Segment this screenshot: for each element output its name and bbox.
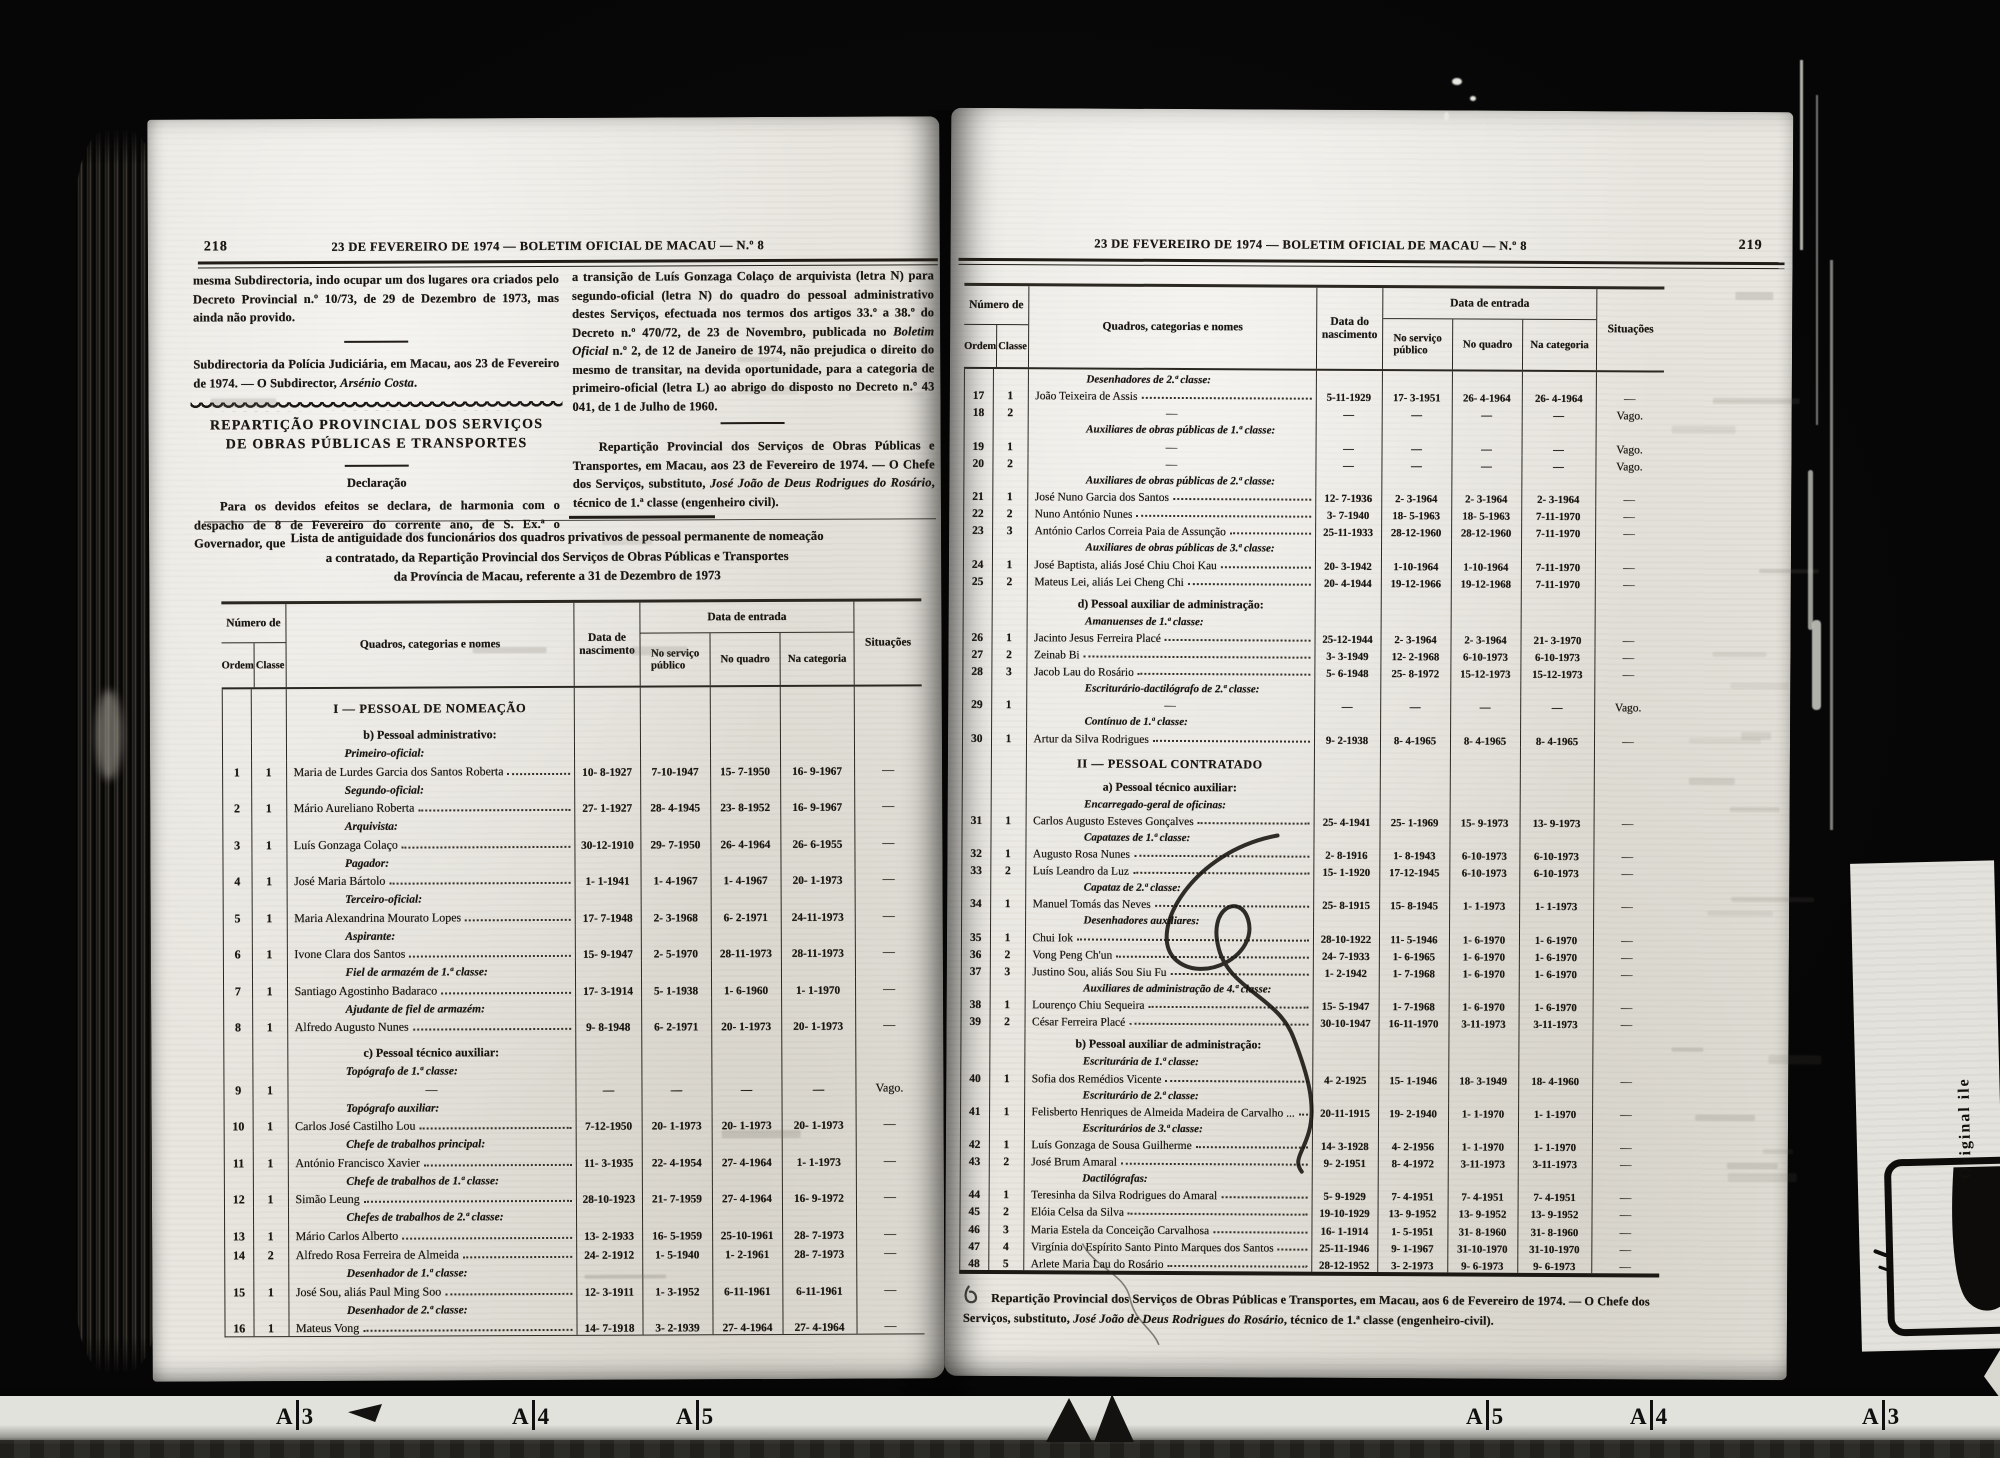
cell-date: 28- 4-1945 xyxy=(641,795,711,815)
cell-date: 9- 6-1973 xyxy=(1518,1256,1592,1274)
cell-ordem: 10 xyxy=(225,1115,254,1135)
cell-date: 17- 3-1951 xyxy=(1382,387,1452,405)
dotted-leader xyxy=(1173,498,1311,501)
header-servico: No serviçopúblico xyxy=(1383,319,1453,369)
marker-letter: A xyxy=(1466,1405,1483,1428)
cell-date: 19-12-1966 xyxy=(1381,573,1451,591)
header-quadro: No quadro xyxy=(1453,319,1523,369)
cell-date: 9- 1-1967 xyxy=(1378,1238,1448,1256)
cell-name: José Sou, aliás Paul Ming Soo xyxy=(289,1284,441,1300)
cell-classe: 4 xyxy=(989,1236,1024,1253)
cell-date: 16- 1-1914 xyxy=(1312,1220,1378,1238)
marker-letter: A xyxy=(1862,1405,1879,1428)
cell-situacao: — xyxy=(856,1013,923,1033)
cell-classe: 1 xyxy=(252,833,287,853)
cell-date: 13- 9-1973 xyxy=(1520,812,1594,830)
role-label: Escriturários de 3.ª classe: xyxy=(1024,1118,1312,1136)
cell-name: Maria Alexandrina Mourato Lopes xyxy=(287,910,461,926)
film-scratch xyxy=(1808,470,1813,630)
cell-situacao: — xyxy=(855,903,922,923)
role-label: Topógrafo auxiliar: xyxy=(288,1096,576,1114)
cell-date: 17- 7-1948 xyxy=(575,905,641,925)
cell-date: — xyxy=(1316,437,1382,455)
cell-date: 6-10-1973 xyxy=(1450,862,1520,880)
cell-ordem: 31 xyxy=(963,809,992,826)
cell-ordem: 3 xyxy=(223,833,252,853)
cell-situacao: — xyxy=(1596,489,1663,507)
cell-situacao: — xyxy=(856,1185,923,1205)
cell-date: 10- 8-1927 xyxy=(575,759,641,779)
cell-situacao: — xyxy=(1592,1239,1659,1257)
cell-date: 31-10-1970 xyxy=(1448,1238,1518,1256)
cell-situacao: — xyxy=(1594,846,1661,864)
role-label: Fiel de armazém de 1.ª classe: xyxy=(287,961,575,979)
header-nascimento: Data do nascimento xyxy=(1317,288,1383,369)
cell-ordem: 24 xyxy=(964,553,993,570)
cell-ordem: 48 xyxy=(960,1253,989,1270)
cell-classe: 2 xyxy=(989,1201,1024,1218)
cell-date: 13- 9-1952 xyxy=(1448,1204,1518,1222)
dotted-leader xyxy=(1141,397,1311,400)
cell-date: 8- 4-1972 xyxy=(1378,1153,1448,1171)
frame-marker-a3-right: A 3 xyxy=(1862,1400,1899,1428)
cell-name: Mário Carlos Alberto xyxy=(289,1228,399,1243)
role-label: Escriturário-dactilógrafo de 2.ª classe: xyxy=(1027,678,1315,696)
section-label: b) Pessoal auxiliar de administração: xyxy=(1025,1029,1313,1054)
cell-date: 2- 3-1968 xyxy=(641,904,711,924)
cell-date: 8- 4-1965 xyxy=(1450,730,1520,748)
cell-date: 3-11-1973 xyxy=(1448,1153,1518,1171)
cell-date: 2- 3-1964 xyxy=(1381,629,1451,647)
dotted-leader xyxy=(1230,533,1311,535)
cell-name: Mateus Vong xyxy=(289,1321,359,1336)
cell-name: Vong Peng Ch'un xyxy=(1025,949,1112,961)
cell-classe: 1 xyxy=(253,1188,288,1208)
cell-date: 2- 5-1970 xyxy=(641,941,711,961)
cell-ordem: 11 xyxy=(225,1151,254,1171)
cell-date: 15- 8-1945 xyxy=(1380,895,1450,913)
cell-date: 3- 2-1939 xyxy=(643,1315,713,1335)
table-header: Número de Ordem Classe Quadros, categori… xyxy=(964,283,1664,373)
cell-classe: 1 xyxy=(252,760,287,780)
cell-ordem: 1 xyxy=(223,760,252,780)
cell-date: 16- 9-1967 xyxy=(781,794,855,814)
cell-situacao: — xyxy=(1593,930,1660,948)
cell-date: 7-11-1970 xyxy=(1521,556,1595,574)
role-label: Auxiliares de obras públicas de 1.ª clas… xyxy=(1028,420,1316,438)
cell-situacao: — xyxy=(1593,1070,1660,1088)
cell-date: 19-12-1968 xyxy=(1451,573,1521,591)
cell-situacao: — xyxy=(1595,630,1662,648)
cell-date: 1-10-1964 xyxy=(1381,555,1451,573)
marker-tick xyxy=(696,1400,699,1430)
cell-date: 9- 6-1973 xyxy=(1448,1255,1518,1273)
marker-digit: 5 xyxy=(702,1405,714,1428)
bleedthrough-mark xyxy=(1727,1163,1777,1169)
cell-date: 15- 9-1973 xyxy=(1450,812,1520,830)
cell-date: 30-10-1947 xyxy=(1313,1013,1379,1031)
seniority-table-right: Número de Ordem Classe Quadros, categori… xyxy=(959,283,1664,1278)
cell-situacao: — xyxy=(1592,1204,1659,1222)
cell-date: 19-10-1929 xyxy=(1312,1203,1378,1221)
cell-date: 18- 5-1963 xyxy=(1452,505,1522,523)
cell-vacant: — xyxy=(1028,453,1316,472)
cell-date: 28-10-1923 xyxy=(576,1186,642,1206)
film-scratch xyxy=(1830,260,1833,830)
role-label: Chefe de trabalhos principal: xyxy=(288,1133,576,1151)
dotted-leader xyxy=(402,1236,571,1239)
column-header-numero: Número de Ordem Classe xyxy=(964,286,1029,367)
cell-date: 1- 6-1960 xyxy=(711,977,781,997)
dotted-leader xyxy=(1149,1006,1309,1009)
cell-date: 25- 8-1972 xyxy=(1381,663,1451,681)
marker-letter: A xyxy=(276,1405,293,1428)
cell-date: 1- 6-1965 xyxy=(1379,946,1449,964)
cell-date: 27- 4-1964 xyxy=(712,1185,782,1205)
cell-date: 24- 2-1912 xyxy=(577,1242,643,1262)
cell-situacao: — xyxy=(856,1112,923,1132)
cell-date: 16- 9-1967 xyxy=(781,758,855,778)
cell-date: 1- 2-1942 xyxy=(1313,962,1379,980)
cell-date: 2- 3-1964 xyxy=(1522,489,1596,507)
role-label: Capatazes de 1.ª classe: xyxy=(1026,827,1314,845)
cell-situacao: — xyxy=(857,1277,924,1297)
section-label: c) Pessoal técnico auxiliar: xyxy=(288,1034,576,1061)
cell-date: 6-10-1973 xyxy=(1451,646,1521,664)
cell-date: 20- 1-1973 xyxy=(781,867,855,887)
cell-classe: 1 xyxy=(992,553,1027,570)
cell-name: Carlos Augusto Esteves Gonçalves xyxy=(1026,815,1194,828)
cell-ordem: 8 xyxy=(224,1016,253,1036)
bleedthrough-mark xyxy=(1730,683,1788,688)
cell-classe: 1 xyxy=(254,1224,289,1244)
role-label: Chefe de trabalhos de 1.ª classe: xyxy=(288,1169,576,1187)
marker-letter: A xyxy=(1630,1405,1647,1428)
dotted-leader xyxy=(1133,872,1309,875)
bleedthrough-mark xyxy=(1735,292,1773,300)
cell-date: 15- 1-1920 xyxy=(1314,862,1380,880)
cell-name: Justino Sou, aliás Sou Siu Fu xyxy=(1025,966,1166,979)
cell-classe: 1 xyxy=(992,694,1027,711)
cell-date: 18- 5-1963 xyxy=(1382,505,1452,523)
dotted-leader xyxy=(1170,973,1308,976)
cell-date: 5- 1-1938 xyxy=(641,977,711,997)
cell-date: 20- 3-1942 xyxy=(1315,555,1381,573)
header-nascimento-l2: nascimento xyxy=(1322,328,1378,340)
cell-date: — xyxy=(1521,697,1595,715)
role-label: Desenhadores auxiliares: xyxy=(1026,911,1314,929)
table-body: I — PESSOAL DE NOMEAÇÃOb) Pessoal admini… xyxy=(222,686,925,1337)
cell-situacao: — xyxy=(1592,1137,1659,1155)
cell-date: 15- 7-1950 xyxy=(711,758,781,778)
cell-classe: 3 xyxy=(993,520,1028,537)
cell-classe: 1 xyxy=(254,1280,289,1300)
department-heading-line2: DE OBRAS PÚBLICAS E TRANSPORTES xyxy=(194,434,560,455)
cell-date: — xyxy=(1382,455,1452,473)
cell-date: — xyxy=(1522,455,1596,473)
cell-date: 8- 4-1965 xyxy=(1380,729,1450,747)
cell-situacao: — xyxy=(1594,813,1661,831)
cell-name: Mário Aureliano Roberta xyxy=(287,801,415,817)
role-label: Desenhador de 2.ª classe: xyxy=(289,1298,577,1316)
cell-date: 28- 7-1973 xyxy=(783,1241,857,1261)
dotted-leader xyxy=(508,772,570,774)
cell-date: 7-11-1970 xyxy=(1522,523,1596,541)
cell-date: 4- 2-1956 xyxy=(1378,1136,1448,1154)
cell-date: 7- 4-1951 xyxy=(1448,1186,1518,1204)
dotted-leader xyxy=(389,882,570,885)
cell-name: Sofia dos Remédios Vicente xyxy=(1025,1073,1162,1086)
cell-date: 15- 1-1946 xyxy=(1379,1069,1449,1087)
cell-date: 12- 7-1936 xyxy=(1316,487,1382,505)
cell-date: 1- 1-1941 xyxy=(575,868,641,888)
cell-name: Chui Iok xyxy=(1025,932,1073,944)
cell-date: — xyxy=(1452,405,1522,423)
cell-ordem: 7 xyxy=(224,979,253,999)
cell-date: 1- 6-1970 xyxy=(1519,929,1593,947)
dotted-leader xyxy=(1213,1231,1307,1233)
cell-ordem: 42 xyxy=(961,1134,990,1151)
cell-situacao: — xyxy=(1595,574,1662,592)
cell-date: 1- 6-1970 xyxy=(1519,997,1593,1015)
frame-marker-a4-right: A 4 xyxy=(1630,1400,1667,1428)
cell-ordem: 5 xyxy=(224,906,253,926)
cell-date: 31- 8-1960 xyxy=(1518,1221,1592,1239)
left-page: 218 23 DE FEVEREIRO DE 1974 — BOLETIM OF… xyxy=(147,116,944,1381)
cell-date: 3-11-1973 xyxy=(1449,1014,1519,1032)
divider-rule-short xyxy=(569,515,715,518)
cell-classe: 1 xyxy=(252,797,287,817)
cell-date: 7- 4-1951 xyxy=(1378,1186,1448,1204)
cell-date: 24-11-1973 xyxy=(781,904,855,924)
cell-name: Elóia Celsa da Silva xyxy=(1024,1207,1124,1220)
marker-tick xyxy=(1486,1400,1489,1430)
cell-ordem: 19 xyxy=(965,435,994,452)
cell-name: António Carlos Correia Paia de Assunção xyxy=(1028,526,1226,539)
role-label: Auxiliares de obras públicas de 2.ª clas… xyxy=(1028,470,1316,488)
cell-ordem: 6 xyxy=(224,943,253,963)
cell-situacao: — xyxy=(1596,523,1663,541)
cell-classe: 1 xyxy=(253,1115,288,1135)
cell-ordem: 13 xyxy=(225,1224,254,1244)
cell-date: 1- 2-1961 xyxy=(713,1241,783,1261)
header-categoria: Na categoria xyxy=(1523,320,1596,370)
cell-date: 2- 3-1964 xyxy=(1451,629,1521,647)
cell-ordem: 17 xyxy=(965,385,994,402)
cell-ordem: 35 xyxy=(962,926,991,943)
paragraph: Subdirectoria da Polícia Judiciária, em … xyxy=(193,354,559,393)
cell-date: 17-12-1945 xyxy=(1380,862,1450,880)
dotted-leader xyxy=(364,1200,572,1203)
header-quadros: Quadros, categorias e nomes xyxy=(1029,286,1317,369)
cell-date: — xyxy=(1382,437,1452,455)
cell-date: 27- 4-1964 xyxy=(783,1314,857,1334)
header-nascimento: Data de nascimento xyxy=(574,603,640,686)
table-row: c) Pessoal técnico auxiliar: xyxy=(224,1032,923,1061)
dotted-leader xyxy=(413,1028,571,1031)
cell-date: 28-10-1922 xyxy=(1313,928,1379,946)
dotted-leader xyxy=(441,991,570,994)
dotted-leader xyxy=(363,1329,572,1332)
cell-date: 2- 8-1916 xyxy=(1314,845,1380,863)
cell-name: Manuel Tomás das Neves xyxy=(1026,899,1151,912)
cell-ordem: 34 xyxy=(962,893,991,910)
cell-situacao: — xyxy=(1592,1256,1659,1274)
role-label: Chefes de trabalhos de 2.ª classe: xyxy=(288,1206,576,1224)
table-row: 485Arlete Maria Lau do Rosário28-12-1952… xyxy=(960,1253,1659,1274)
declaration-title: Declaração xyxy=(194,475,560,492)
cell-date: 9- 8-1948 xyxy=(576,1014,642,1034)
bleedthrough-mark xyxy=(1713,398,1800,404)
cell-date: 6- 2-1971 xyxy=(642,1014,712,1034)
cell-date: 13- 9-1952 xyxy=(1378,1203,1448,1221)
cell-date: 18- 4-1960 xyxy=(1519,1070,1593,1088)
dotted-leader xyxy=(1165,639,1310,642)
role-label: Auxiliares de obras públicas de 3.ª clas… xyxy=(1027,538,1315,556)
cell-situacao: Vago. xyxy=(1596,405,1663,423)
cell-name: José Baptista, aliás José Chiu Choi Kau xyxy=(1027,559,1216,572)
book-edge-highlight xyxy=(96,690,122,780)
cell-date: 1- 1-1970 xyxy=(1448,1136,1518,1154)
cell-name: Luís Gonzaga Colaço xyxy=(287,837,398,852)
cell-classe: 1 xyxy=(991,727,1026,744)
cell-classe: 3 xyxy=(992,661,1027,678)
cell-classe: 1 xyxy=(989,1134,1024,1151)
role-label: Arquivista: xyxy=(287,815,575,833)
cell-date: 1- 4-1967 xyxy=(711,867,781,887)
cell-situacao: Vago. xyxy=(856,1075,923,1095)
cell-date: 20- 1-1973 xyxy=(712,1112,782,1132)
cell-date: 7-11-1970 xyxy=(1521,573,1595,591)
section-label: a) Pessoal técnico auxiliar: xyxy=(1026,771,1314,796)
table-row: I — PESSOAL DE NOMEAÇÃO xyxy=(223,686,922,717)
cell-situacao: — xyxy=(855,940,922,960)
cell-date: 25-10-1961 xyxy=(713,1222,783,1242)
dotted-leader xyxy=(1188,583,1311,586)
role-label: Amanuenses de 1.ª classe: xyxy=(1027,611,1315,629)
column-header-numero: Número de Ordem Classe xyxy=(221,604,286,687)
cell-ordem: 15 xyxy=(225,1280,254,1300)
bleedthrough-mark xyxy=(1689,738,1761,744)
paragraph: mesma Subdirectoria, indo ocupar um dos … xyxy=(193,270,559,327)
cell-date: 7-10-1947 xyxy=(641,758,711,778)
cell-date: 25- 1-1969 xyxy=(1380,812,1450,830)
header-ordem: Ordem xyxy=(964,325,997,367)
dotted-leader xyxy=(463,1256,572,1258)
cell-date: 30-12-1910 xyxy=(575,832,641,852)
cell-date: 24- 7-1933 xyxy=(1313,945,1379,963)
cell-situacao: Vago. xyxy=(1596,439,1663,457)
bleedthrough-mark xyxy=(1689,777,1735,785)
cell-date: 9- 2-1951 xyxy=(1312,1153,1378,1171)
dotted-leader xyxy=(1168,1265,1307,1268)
marker-digit: 4 xyxy=(1656,1405,1668,1428)
cell-name: Simão Leung xyxy=(288,1192,359,1207)
marker-digit: 3 xyxy=(302,1405,314,1428)
header-rule xyxy=(959,258,1785,269)
cell-date: 25-12-1944 xyxy=(1315,628,1381,646)
cell-date: 20-11-1915 xyxy=(1313,1102,1379,1120)
cell-date: 15- 5-1947 xyxy=(1313,996,1379,1014)
cell-date: — xyxy=(576,1077,642,1097)
cell-date: 6-10-1973 xyxy=(1521,647,1595,665)
cell-date: 6-11-1961 xyxy=(783,1278,857,1298)
cell-date: 26- 6-1955 xyxy=(781,831,855,851)
cell-date: 1- 6-1970 xyxy=(1519,946,1593,964)
cell-situacao: — xyxy=(855,794,922,814)
film-speck xyxy=(1470,96,1476,101)
cell-name: Jacob Lau do Rosário xyxy=(1027,666,1134,679)
table-row: 161Mateus Vong14- 7-19183- 2-193927- 4-1… xyxy=(225,1314,924,1337)
role-label: Capataz de 2.ª classe: xyxy=(1026,877,1314,895)
cell-date: 1-10-1964 xyxy=(1451,556,1521,574)
dotted-leader xyxy=(1153,739,1310,742)
cell-date: 25- 4-1941 xyxy=(1314,811,1380,829)
cell-name: Alfredo Augusto Nunes xyxy=(288,1020,409,1036)
role-label: Contínuo de 1.ª classe: xyxy=(1027,712,1315,730)
cell-vacant: — xyxy=(1028,436,1316,455)
cell-ordem: 39 xyxy=(962,1011,991,1028)
cell-date: 20- 4-1944 xyxy=(1315,572,1381,590)
cell-name: António Francisco Xavier xyxy=(288,1155,420,1171)
cell-classe: 2 xyxy=(254,1244,289,1264)
cell-classe: 2 xyxy=(991,860,1026,877)
frame-marker-a5: A 5 xyxy=(676,1400,713,1428)
dotted-leader xyxy=(1129,1023,1308,1026)
cell-ordem: 33 xyxy=(962,860,991,877)
cell-classe: 1 xyxy=(252,906,287,926)
marker-tick xyxy=(1650,1400,1653,1430)
cell-date: 15-12-1973 xyxy=(1521,664,1595,682)
cell-date: 28-11-1973 xyxy=(781,940,855,960)
header-numero: Número de xyxy=(221,604,285,643)
cell-classe: 1 xyxy=(990,1067,1025,1084)
cell-situacao: — xyxy=(1593,947,1660,965)
cell-date: 27- 1-1927 xyxy=(575,795,641,815)
role-label: Pagador: xyxy=(287,851,575,869)
section-rule xyxy=(721,422,785,424)
header-nascimento-l1: Data do xyxy=(1330,315,1369,327)
cell-ordem: 46 xyxy=(960,1218,989,1235)
cell-date: 26- 4-1964 xyxy=(1522,388,1596,406)
cell-date: 3-11-1973 xyxy=(1519,1014,1593,1032)
cell-ordem: 30 xyxy=(963,727,992,744)
cell-date: — xyxy=(1381,696,1451,714)
list-title: Lista de antiguidade dos funcionários do… xyxy=(207,526,907,588)
cell-ordem: 37 xyxy=(962,961,991,978)
cell-date: 25- 8-1915 xyxy=(1314,895,1380,913)
role-label: Aspirante: xyxy=(287,924,575,942)
role-label: Terceiro-oficial: xyxy=(287,888,575,906)
cell-date: 28-12-1960 xyxy=(1452,523,1522,541)
role-label: Topógrafo de 1.ª classe: xyxy=(288,1060,576,1078)
cell-date: 1- 5-1951 xyxy=(1378,1220,1448,1238)
film-speck xyxy=(1452,78,1462,85)
cell-date: 9- 2-1938 xyxy=(1314,729,1380,747)
cell-classe: 3 xyxy=(989,1218,1024,1235)
bleedthrough-mark xyxy=(1728,1173,1797,1182)
cell-ordem: 18 xyxy=(965,402,994,419)
cell-name: Jacinto Jesus Ferreira Placé xyxy=(1027,632,1161,645)
cell-date: 5- 9-1929 xyxy=(1312,1186,1378,1204)
header-servico: No serviçopúblico xyxy=(640,633,710,685)
cell-classe: 1 xyxy=(253,1151,288,1171)
dotted-leader xyxy=(1196,1146,1308,1149)
dotted-leader xyxy=(1136,515,1310,518)
cell-date: — xyxy=(1452,438,1522,456)
right-page: 23 DE FEVEREIRO DE 1974 — BOLETIM OFICIA… xyxy=(945,108,1794,1380)
dotted-leader xyxy=(1128,1213,1307,1216)
